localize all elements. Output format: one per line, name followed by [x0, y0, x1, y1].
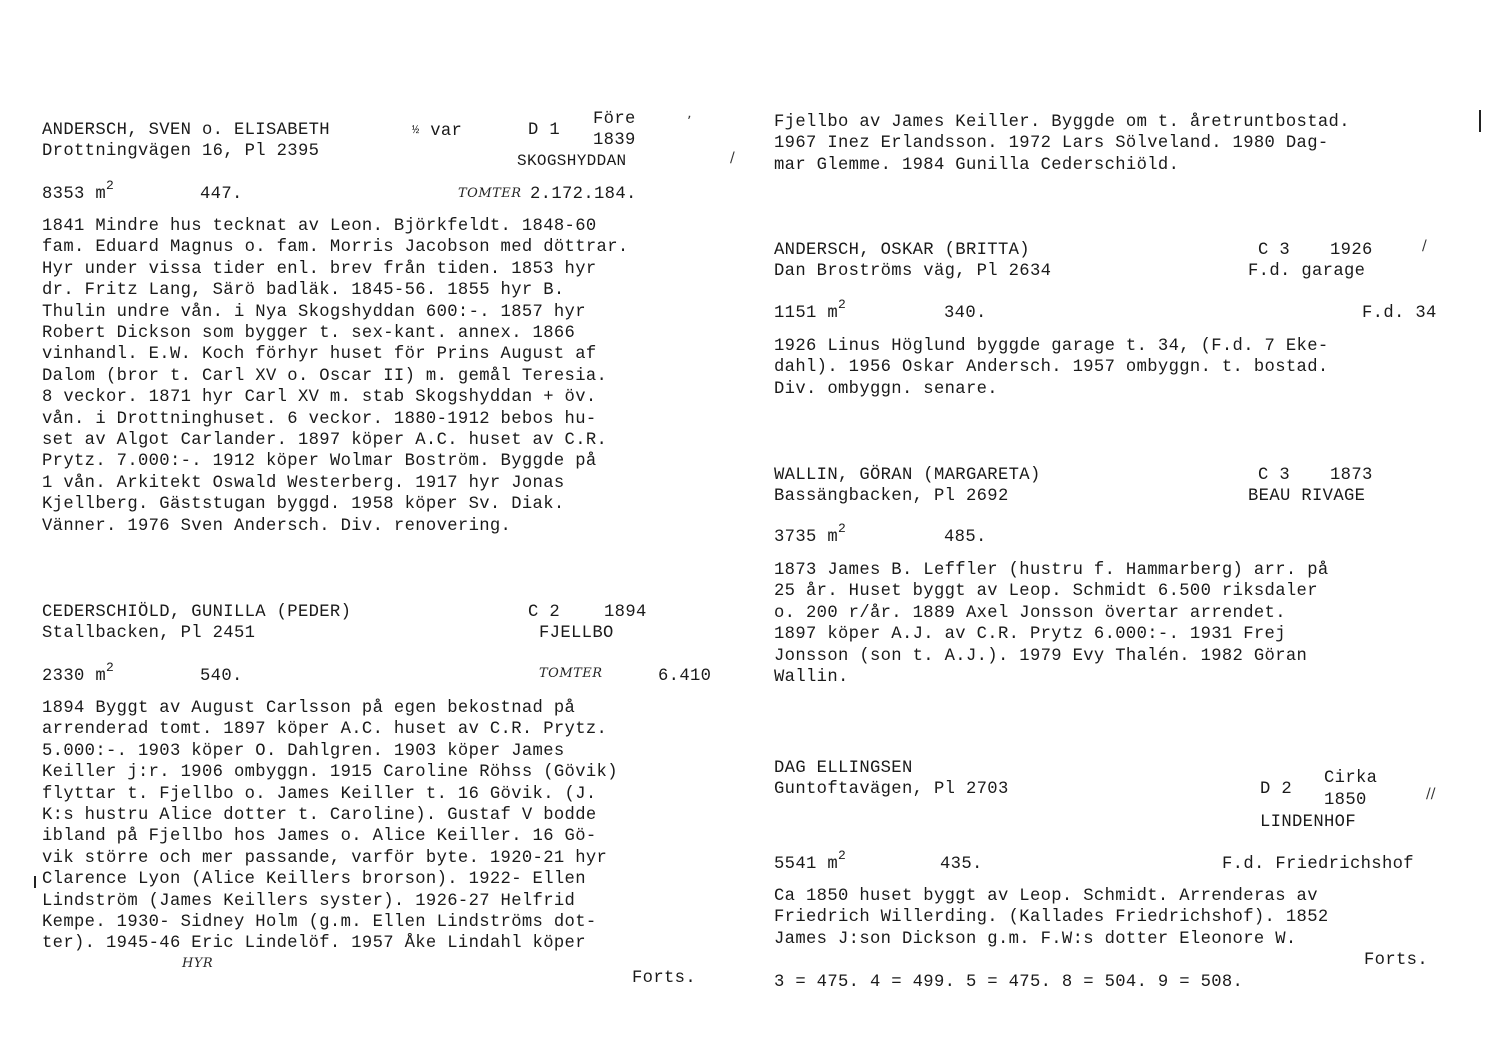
text-line: ter). 1945-46 Eric Lindelöf. 1957 Åke Li…	[42, 933, 586, 954]
text-line: Lindström (James Keillers syster). 1926-…	[42, 891, 575, 912]
ownership-share: ½ var	[412, 120, 462, 142]
text-line: Vänner. 1976 Sven Andersch. Div. renover…	[42, 516, 511, 537]
text-line: Friedrich Willerding. (Kallades Friedric…	[774, 907, 1329, 928]
text-line: Prytz. 7.000:-. 1912 köper Wolmar Boströ…	[42, 451, 597, 472]
text-line: flyttar t. Fjellbo o. James Keiller t. 1…	[42, 784, 597, 805]
reference-number: F.d. Friedrichshof	[1222, 854, 1414, 875]
build-year: 1839	[593, 130, 636, 151]
plot-number: 435.	[940, 854, 983, 875]
text-line: 8 veckor. 1871 hyr Carl XV m. stab Skogs…	[42, 387, 597, 408]
year-label: Före	[593, 109, 636, 130]
continued-label: Forts.	[632, 968, 696, 989]
property-class: D 1	[528, 120, 560, 141]
address: Stallbacken, Pl 2451	[42, 623, 255, 644]
address: Guntoftavägen, Pl 2703	[774, 779, 1009, 800]
build-year: 1926	[1330, 240, 1373, 261]
text-line: Kjellberg. Gäststugan byggd. 1958 köper …	[42, 494, 565, 515]
plot-area: 3735 m2	[774, 527, 846, 548]
text-line: 1926 Linus Höglund byggde garage t. 34, …	[774, 336, 1329, 357]
text-line: Robert Dickson som bygger t. sex-kant. a…	[42, 323, 575, 344]
plot-number: 485.	[944, 527, 987, 548]
owner-name: CEDERSCHIÖLD, GUNILLA (PEDER)	[42, 602, 351, 623]
text-line: James J:son Dickson g.m. F.W:s dotter El…	[774, 929, 1297, 950]
plot-number: 447.	[200, 184, 243, 205]
pen-tick-mark: /	[1422, 238, 1427, 254]
text-line: vån. i Drottninghuset. 6 veckor. 1880-19…	[42, 409, 597, 430]
build-year: 1873	[1330, 465, 1373, 486]
house-name: LINDENHOF	[1260, 812, 1356, 833]
house-name: BEAU RIVAGE	[1248, 486, 1365, 507]
owner-name: ANDERSCH, OSKAR (BRITTA)	[774, 240, 1030, 261]
reference-number: 2.172.184.	[530, 184, 637, 205]
handwritten-annotation: TOMTER	[539, 666, 603, 681]
text-line: 1897 köper A.J. av C.R. Prytz 6.000:-. 1…	[774, 624, 1286, 645]
text-line: dr. Fritz Lang, Särö badläk. 1845-56. 18…	[42, 280, 565, 301]
text-line: vik större och mer passande, varför byte…	[42, 848, 607, 869]
text-line: Div. ombyggn. senare.	[774, 379, 998, 400]
plot-area: 1151 m2	[774, 303, 846, 324]
text-line: Thulin undre vån. i Nya Skogshyddan 600:…	[42, 302, 586, 323]
text-line: vinhandl. E.W. Koch förhyr huset för Pri…	[42, 344, 597, 365]
house-name: FJELLBO	[539, 623, 614, 644]
text-line: K:s hustru Alice dotter t. Caroline). Gu…	[42, 805, 597, 826]
document-page: ANDERSCH, SVEN o. ELISABETH ½ var D 1 Fö…	[0, 0, 1497, 1058]
handwritten-margin-note: HYR	[182, 956, 213, 971]
pen-tick-mark: //	[1426, 786, 1435, 802]
text-line: 1873 James B. Leffler (hustru f. Hammarb…	[774, 560, 1329, 581]
address: Bassängbacken, Pl 2692	[774, 486, 1009, 507]
text-line: fam. Eduard Magnus o. fam. Morris Jacobs…	[42, 237, 629, 258]
reference-number: F.d. 34	[1362, 303, 1437, 324]
text-line: 1894 Byggt av August Carlsson på egen be…	[42, 698, 575, 719]
property-class: C 3	[1258, 240, 1290, 261]
text-line: Keiller j:r. 1906 ombyggn. 1915 Caroline…	[42, 762, 618, 783]
text-line: Dalom (bror t. Carl XV o. Oscar II) m. g…	[42, 366, 607, 387]
plot-number: 340.	[944, 303, 987, 324]
text-line: 1841 Mindre hus tecknat av Leon. Björkfe…	[42, 216, 597, 237]
plot-area: 8353 m2	[42, 184, 114, 205]
text-line: set av Algot Carlander. 1897 köper A.C. …	[42, 430, 607, 451]
text-line: dahl). 1956 Oskar Andersch. 1957 ombyggn…	[774, 357, 1329, 378]
text-line: Kempe. 1930- Sidney Holm (g.m. Ellen Lin…	[42, 912, 597, 933]
address: Dan Broströms väg, Pl 2634	[774, 261, 1051, 282]
text-line: Hyr under vissa tider enl. brev från tid…	[42, 259, 597, 280]
house-name: SKOGSHYDDAN	[517, 151, 626, 172]
text-line: Clarence Lyon (Alice Keillers brorson). …	[42, 869, 586, 890]
margin-mark	[34, 876, 36, 888]
plot-reference-footer: 3 = 475. 4 = 499. 5 = 475. 8 = 504. 9 = …	[774, 972, 1243, 993]
house-name: F.d. garage	[1248, 261, 1365, 282]
pen-tick-mark: ʼ	[687, 114, 691, 130]
text-line: 1 vån. Arkitekt Oswald Westerberg. 1917 …	[42, 473, 565, 494]
property-class: C 3	[1258, 465, 1290, 486]
text-line: 25 år. Huset byggt av Leop. Schmidt 6.50…	[774, 581, 1318, 602]
property-class: C 2	[528, 602, 560, 623]
property-class: D 2	[1260, 779, 1292, 800]
plot-number: 540.	[200, 666, 243, 687]
text-line: o. 200 r/år. 1889 Axel Jonsson övertar a…	[774, 603, 1286, 624]
owner-name: DAG ELLINGSEN	[774, 758, 913, 779]
address: Drottningvägen 16, Pl 2395	[42, 141, 319, 162]
plot-area: 2330 m2	[42, 666, 114, 687]
owner-name: WALLIN, GÖRAN (MARGARETA)	[774, 465, 1041, 486]
plot-area: 5541 m2	[774, 854, 846, 875]
text-line: Fjellbo av James Keiller. Byggde om t. å…	[774, 112, 1350, 133]
build-year: 1894	[604, 602, 647, 623]
text-line: mar Glemme. 1984 Gunilla Cederschiöld.	[774, 155, 1179, 176]
text-line: 1967 Inez Erlandsson. 1972 Lars Sölvelan…	[774, 133, 1329, 154]
text-line: ibland på Fjellbo hos James o. Alice Kei…	[42, 826, 597, 847]
text-line: arrenderad tomt. 1897 köper A.C. huset a…	[42, 719, 607, 740]
text-line: Wallin.	[774, 667, 849, 688]
reference-number: 6.410	[658, 666, 711, 687]
text-line: 5.000:-. 1903 köper O. Dahlgren. 1903 kö…	[42, 741, 565, 762]
continued-label: Forts.	[1364, 950, 1428, 971]
owner-name: ANDERSCH, SVEN o. ELISABETH	[42, 120, 330, 141]
pen-tick-mark: /	[730, 150, 735, 166]
handwritten-annotation: TOMTER	[458, 186, 522, 201]
text-line: Ca 1850 huset byggt av Leop. Schmidt. Ar…	[774, 886, 1318, 907]
build-year: 1850	[1324, 790, 1367, 811]
year-label: Cirka	[1324, 768, 1377, 789]
text-line: Jonsson (son t. A.J.). 1979 Evy Thalén. …	[774, 646, 1307, 667]
margin-mark	[1479, 110, 1481, 132]
